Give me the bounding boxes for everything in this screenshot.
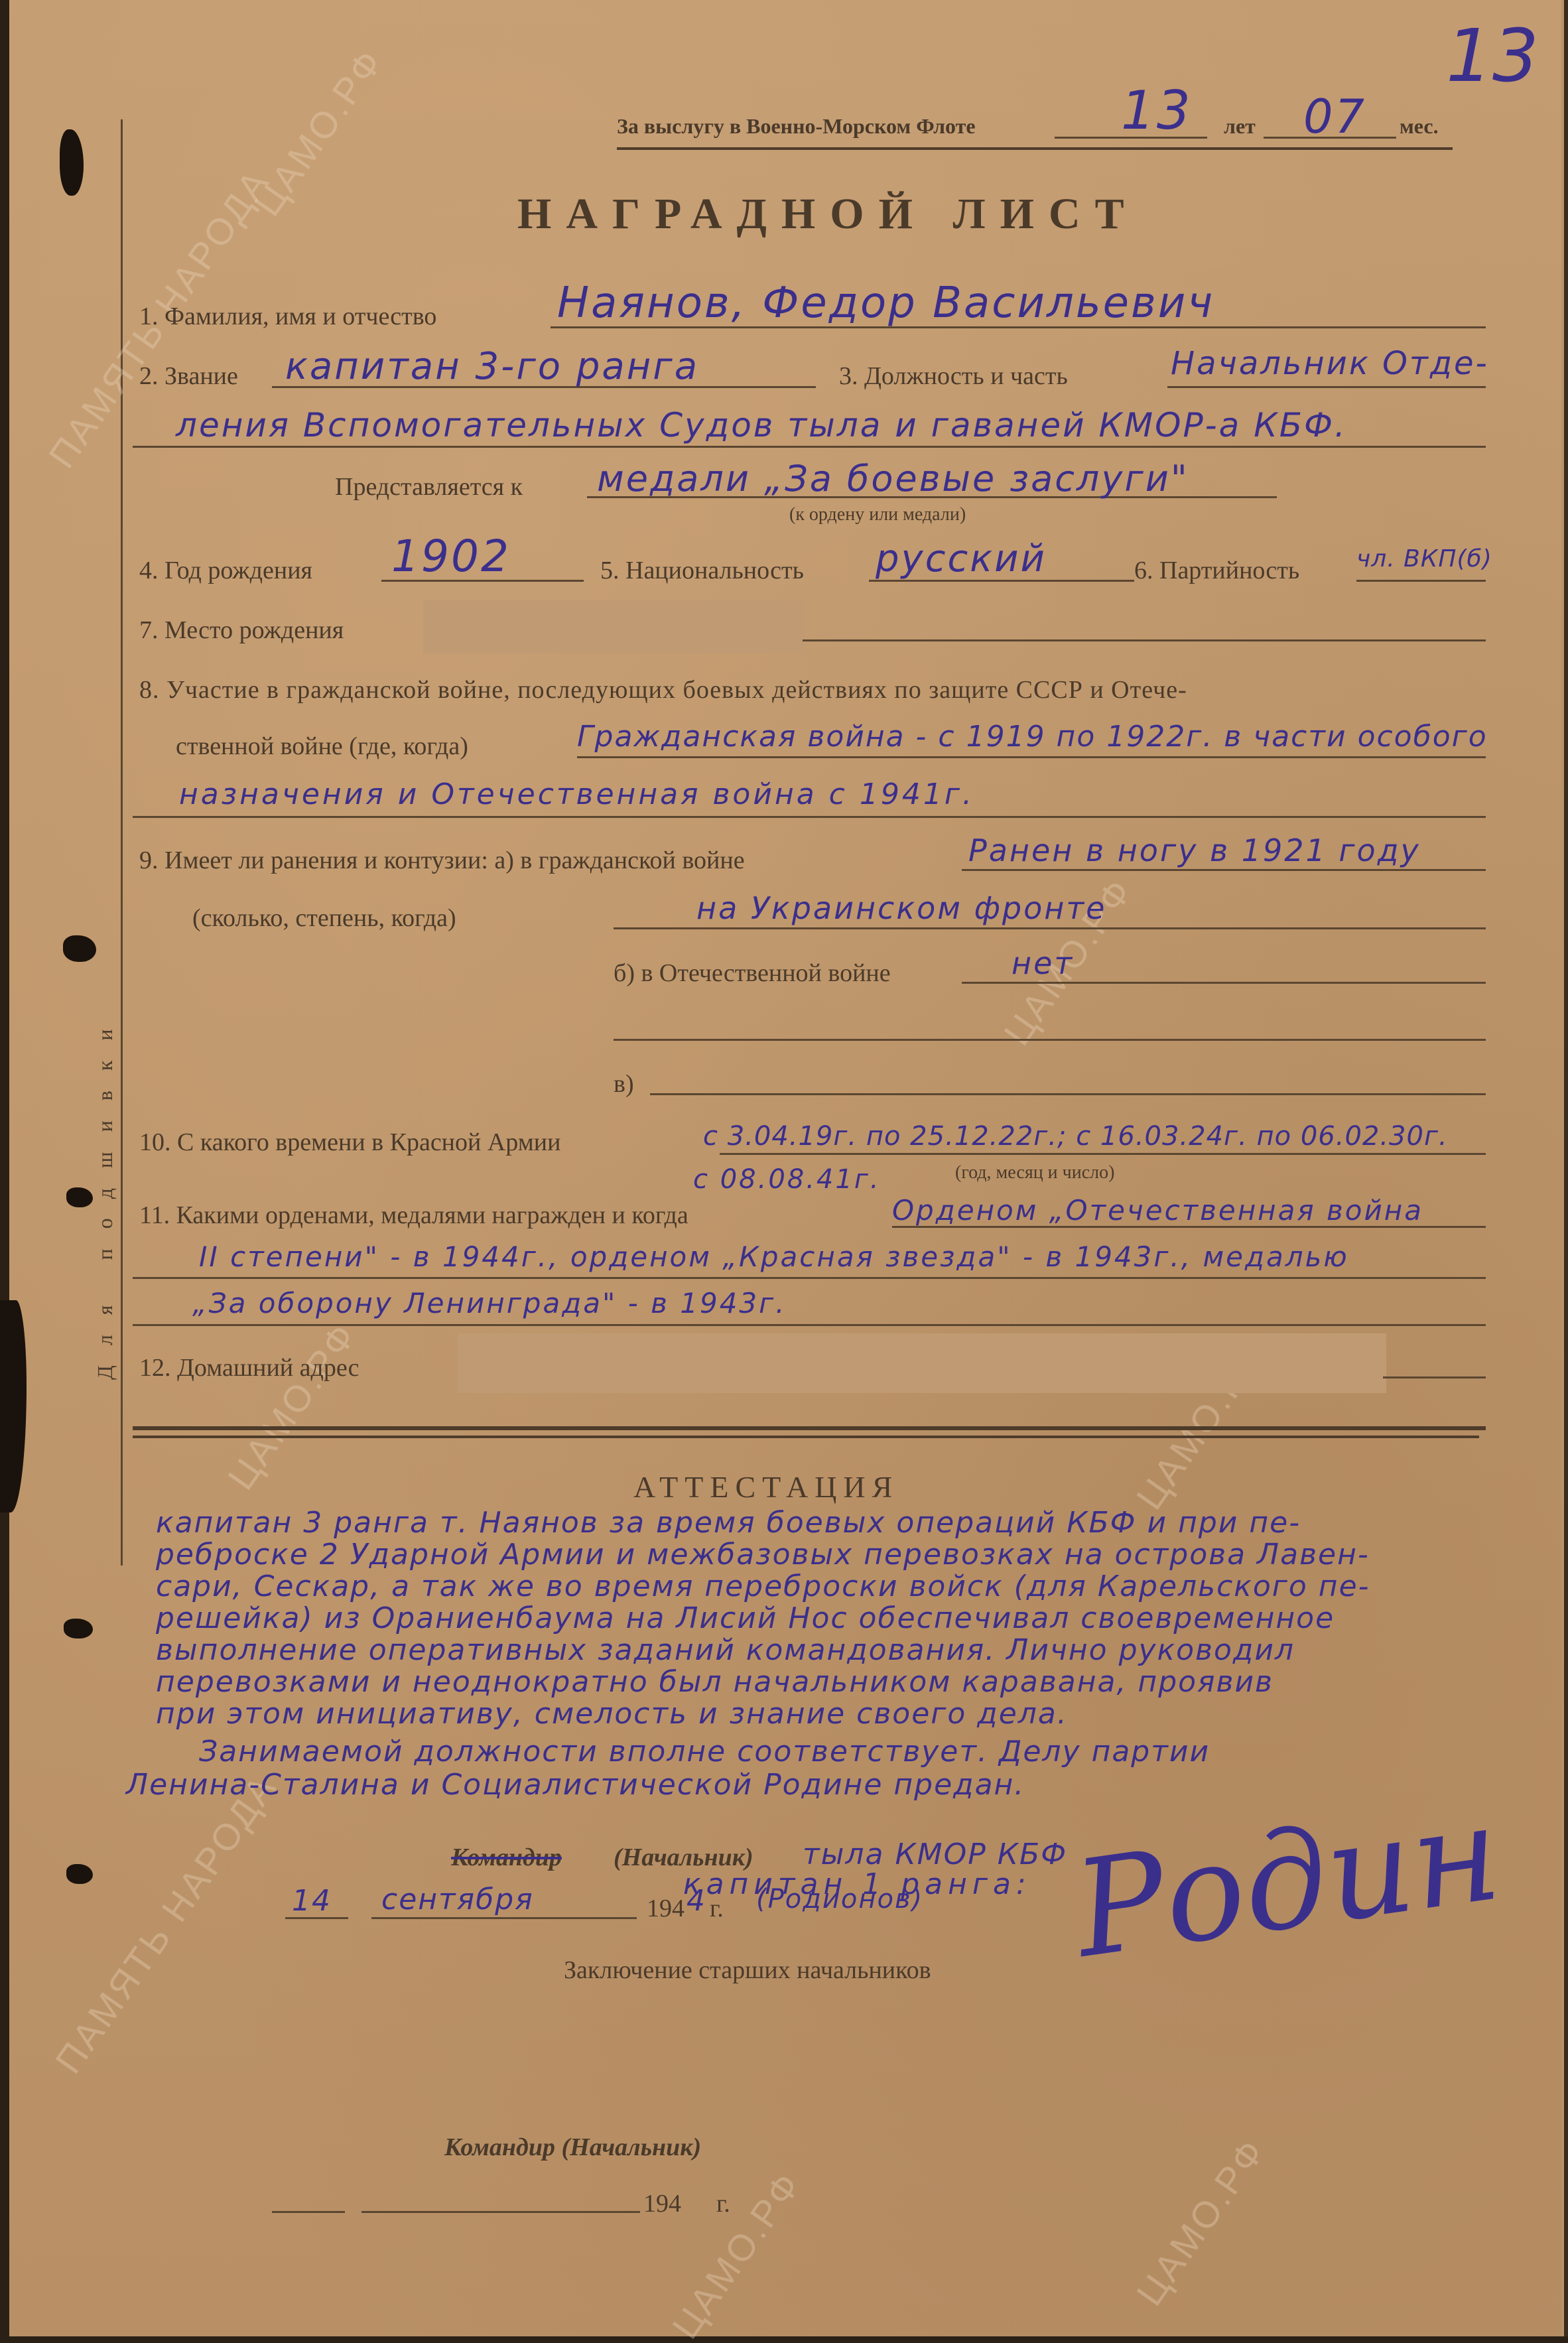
- service-label: За выслугу в Военно-Морском Флоте: [617, 114, 976, 139]
- signer-position-line1: тыла КМОР КБФ: [803, 1838, 1067, 1871]
- conclusion-date-year-prefix: 194: [643, 2189, 681, 2218]
- field-5-value: русский: [876, 537, 1047, 580]
- attestation-line: реброске 2 Ударной Армии и межбазовых пе…: [156, 1538, 1370, 1572]
- attestation-date-month-line: [371, 1917, 637, 1919]
- attestation-line: перевозками и неоднократно был начальник…: [156, 1665, 1274, 1699]
- binding-hole: [66, 1187, 93, 1207]
- scan-edge-right: [1564, 0, 1568, 2343]
- field-8-line-2: [133, 816, 1486, 818]
- field-3-value-line2: ления Вспомогательных Судов тыла и гаван…: [176, 406, 1347, 444]
- field-12-redacted: [458, 1333, 1386, 1393]
- field-4-label: 4. Год рождения: [139, 556, 312, 585]
- field-8-value-line1: Гражданская война - с 1919 по 1922г. в ч…: [577, 720, 1488, 754]
- field-8-line-1: [577, 756, 1486, 758]
- field-7-redacted: [423, 600, 805, 653]
- field-3-line: [1167, 386, 1486, 388]
- field-12-label: 12. Домашний адрес: [139, 1353, 359, 1382]
- field-10-line: [720, 1153, 1486, 1155]
- field-7-line: [803, 639, 1486, 641]
- margin-binding-text: Для подшивки: [93, 1009, 117, 1380]
- attestation-date-year-suffix: 4: [686, 1884, 706, 1918]
- service-months-value: 07: [1303, 90, 1366, 144]
- field-3-line-2: [133, 446, 1486, 448]
- field-9a-value-line1: Ранен в ногу в 1921 году: [968, 833, 1421, 868]
- attestation-date-month: сентября: [381, 1883, 534, 1916]
- field-6-value: чл. ВКП(б): [1356, 545, 1492, 572]
- attestation-date-year-unit: г.: [710, 1894, 724, 1923]
- attestation-line: Ленина-Сталина и Социалистической Родине…: [126, 1768, 1025, 1802]
- field-9c-label: в): [614, 1069, 634, 1099]
- binding-hole: [66, 1864, 93, 1884]
- field-1-label: 1. Фамилия, имя и отчество: [139, 302, 436, 331]
- field-9b-label: б) в Отечественной войне: [614, 959, 891, 988]
- section-divider: [133, 1436, 1479, 1438]
- scan-edge-bottom: [0, 2336, 1568, 2343]
- field-3-label: 3. Должность и часть: [839, 362, 1068, 391]
- attestation-line: Занимаемой должности вполне соответствуе…: [199, 1735, 1210, 1769]
- attestation-line: выполнение оперативных заданий командова…: [156, 1633, 1295, 1667]
- field-9a-value-line2: на Украинском фронте: [696, 890, 1106, 926]
- conclusion-signer-label: Командир (Начальник): [444, 2133, 701, 2162]
- field-2-label: 2. Звание: [139, 362, 238, 391]
- field-9b-line: [962, 982, 1486, 984]
- field-9b-value: нет: [1012, 945, 1074, 981]
- field-10-label: 10. С какого времени в Красной Армии: [139, 1128, 560, 1157]
- attestation-date-year-prefix: 194: [647, 1894, 685, 1923]
- attestation-line: при этом инициативу, смелость и знание с…: [156, 1697, 1068, 1731]
- field-11-line-2: [133, 1277, 1486, 1279]
- field-10-value-line2: с 08.08.41г.: [693, 1164, 881, 1195]
- attestation-line: решейка) из Ораниенбаума на Лисий Нос об…: [156, 1601, 1335, 1635]
- field-5-label: 5. Национальность: [600, 556, 804, 585]
- attestation-date-day: 14: [292, 1884, 332, 1918]
- page-title: НАГРАДНОЙ ЛИСТ: [517, 189, 1139, 239]
- field-10-value-line1: с 3.04.19г. по 25.12.22г.; с 16.03.24г. …: [703, 1121, 1448, 1152]
- field-6-line: [1356, 580, 1486, 582]
- attestation-date-day-line: [285, 1917, 348, 1919]
- field-9a-line-2: [614, 927, 1486, 929]
- conclusion-date-month-line: [361, 2211, 640, 2213]
- field-9-hint: (сколько, степень, когда): [192, 904, 456, 933]
- field-9a-line-1: [962, 869, 1486, 871]
- field-8-value-line2: назначения и Отечественная война с 1941г…: [179, 777, 974, 811]
- signer-struck-label: Командир: [451, 1843, 562, 1872]
- attestation-line: капитан 3 ранга т. Наянов за время боевы…: [156, 1506, 1301, 1540]
- binding-hole: [64, 1619, 93, 1639]
- field-7-label: 7. Место рождения: [139, 616, 344, 645]
- attestation-line: сари, Сескар, а так же во время переброс…: [156, 1570, 1370, 1603]
- field-8-label-line1: 8. Участие в гражданской войне, последую…: [139, 675, 1187, 704]
- field-11-value-line3: „За оборону Ленинграда" - в 1943г.: [192, 1287, 787, 1319]
- page-number: 13: [1446, 13, 1539, 98]
- field-9-label: 9. Имеет ли ранения и контузии: а) в гра…: [139, 846, 745, 875]
- service-years-value: 13: [1121, 80, 1193, 141]
- field-6-label: 6. Партийность: [1134, 556, 1299, 585]
- section-divider: [133, 1426, 1486, 1430]
- scan-edge-left: [0, 0, 9, 2343]
- attestation-heading: АТТЕСТАЦИЯ: [633, 1469, 899, 1505]
- field-8-label-line2: ственной войне (где, когда): [176, 732, 468, 761]
- signer-name: (Родионов): [756, 1884, 923, 1914]
- binding-hole: [63, 935, 96, 962]
- field-10-hint: (год, месяц и число): [955, 1162, 1114, 1183]
- service-years-label: лет: [1224, 114, 1256, 139]
- nomination-hint: (к ордену или медали): [789, 504, 966, 525]
- field-11-line-3: [133, 1324, 1486, 1326]
- field-11-value-line1: Орденом „Отечественная война: [892, 1194, 1423, 1227]
- conclusion-heading: Заключение старших начальников: [564, 1956, 931, 1985]
- conclusion-date-year-unit: г.: [716, 2189, 730, 2218]
- field-11-value-line2: II степени" - в 1944г., орденом „Красная…: [199, 1240, 1349, 1273]
- field-4-value: 1902: [391, 531, 511, 582]
- nomination-label: Представляется к: [335, 472, 523, 502]
- field-1-value: Наянов, Федор Васильевич: [557, 279, 1214, 328]
- nomination-value: медали „За боевые заслуги": [597, 458, 1189, 500]
- service-months-label: мес.: [1400, 114, 1439, 139]
- field-12-line: [1383, 1376, 1486, 1378]
- conclusion-date-day-line: [272, 2211, 345, 2213]
- field-2-value: капитан 3-го ранга: [285, 345, 699, 388]
- field-9b-line-2: [614, 1039, 1486, 1041]
- field-3-value-line1: Начальник Отде-: [1171, 345, 1489, 382]
- header-rule: [617, 147, 1453, 150]
- field-9c-line: [650, 1093, 1486, 1095]
- field-11-label: 11. Какими орденами, медалями награжден …: [139, 1201, 688, 1230]
